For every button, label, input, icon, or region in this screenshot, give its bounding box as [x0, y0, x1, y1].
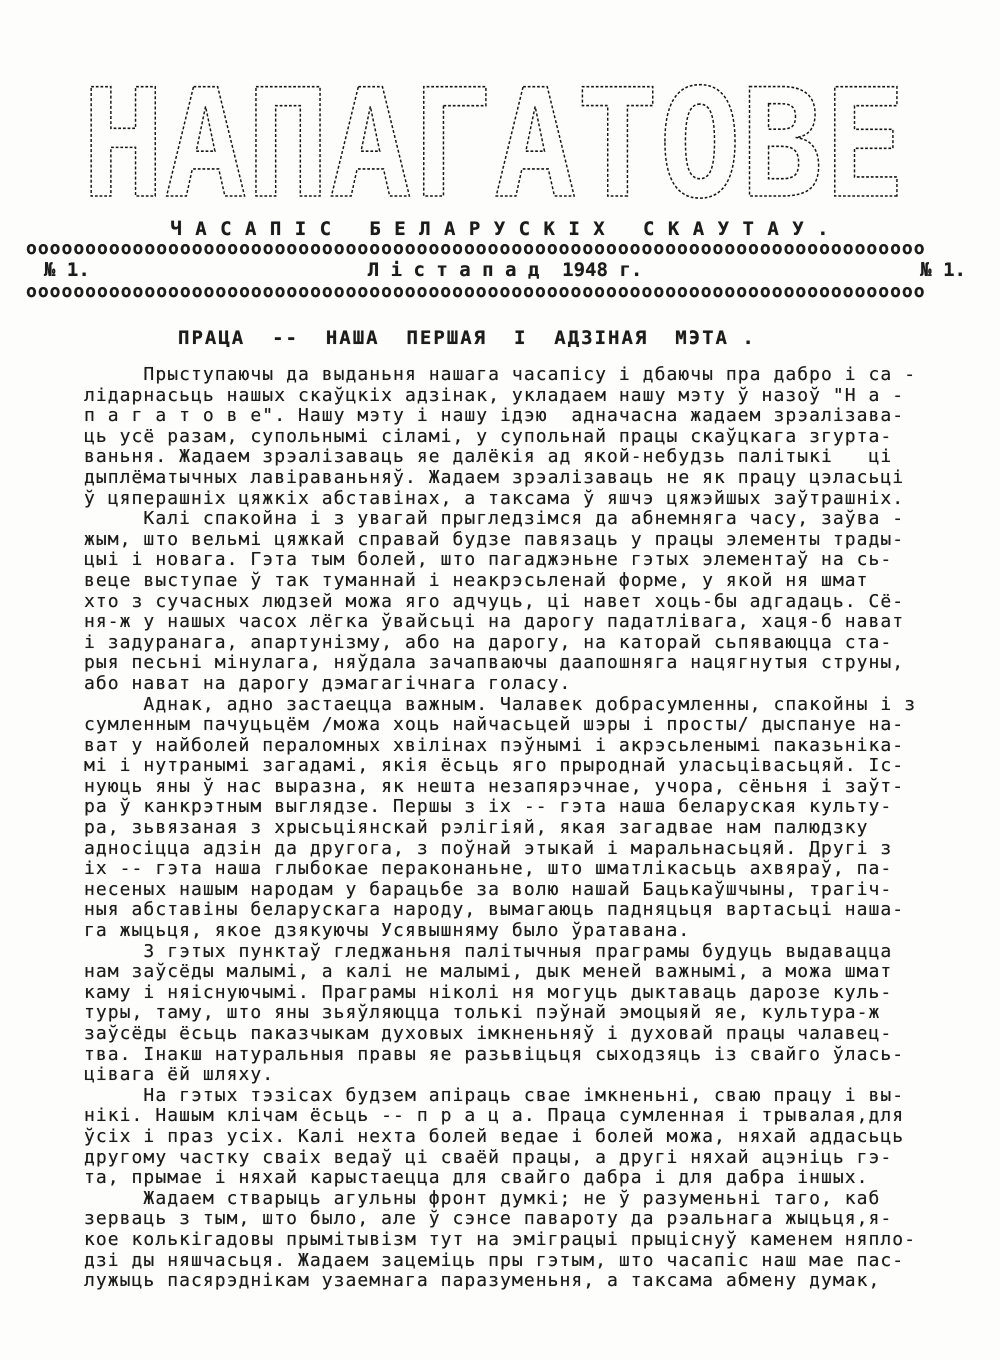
paragraph: З гэтых пунктаў гледжаньня палітычныя пр… [84, 942, 940, 1086]
issue-date: Л і с т а п а д 1948 г. [368, 259, 643, 281]
issue-line: № 1. Л і с т а п а д 1948 г. № 1. [44, 259, 966, 281]
separator-row-top: oooooooooooooooooooooooooooooooooooooooo… [26, 240, 974, 257]
separator-row-bottom: oooooooooooooooooooooooooooooooooooooooo… [26, 283, 974, 300]
issue-number-left: № 1. [44, 259, 90, 281]
article-heading: ПРАЦА -- НАША ПЕРШАЯ І АДЗІНАЯ МЭТА . [178, 327, 1000, 349]
masthead-title-art: НАПАГАТОВЕ [78, 78, 912, 210]
paragraph: Калі спакойна і з увагай прыгледзімся да… [84, 509, 940, 694]
paragraph: Аднак, адно застаецца важным. Чалавек до… [84, 695, 940, 942]
issue-number-right: № 1. [920, 259, 966, 281]
paragraph: Жадаем стварыць агульны фронт думкі; не … [84, 1189, 940, 1292]
masthead-title: НАПАГАТОВЕ [82, 78, 906, 210]
masthead-subtitle: Ч А С А П І С Б Е Л А Р У С К І Х С К А … [0, 218, 1000, 240]
article-body: Прыступаючы да выданьня нашага часапісу … [84, 365, 940, 1292]
scanned-page: НАПАГАТОВЕ Ч А С А П І С Б Е Л А Р У С К… [0, 0, 1000, 1360]
paragraph: На гэтых тэзісах будзем апіраць свае імк… [84, 1086, 940, 1189]
paragraph: Прыступаючы да выданьня нашага часапісу … [84, 365, 940, 509]
